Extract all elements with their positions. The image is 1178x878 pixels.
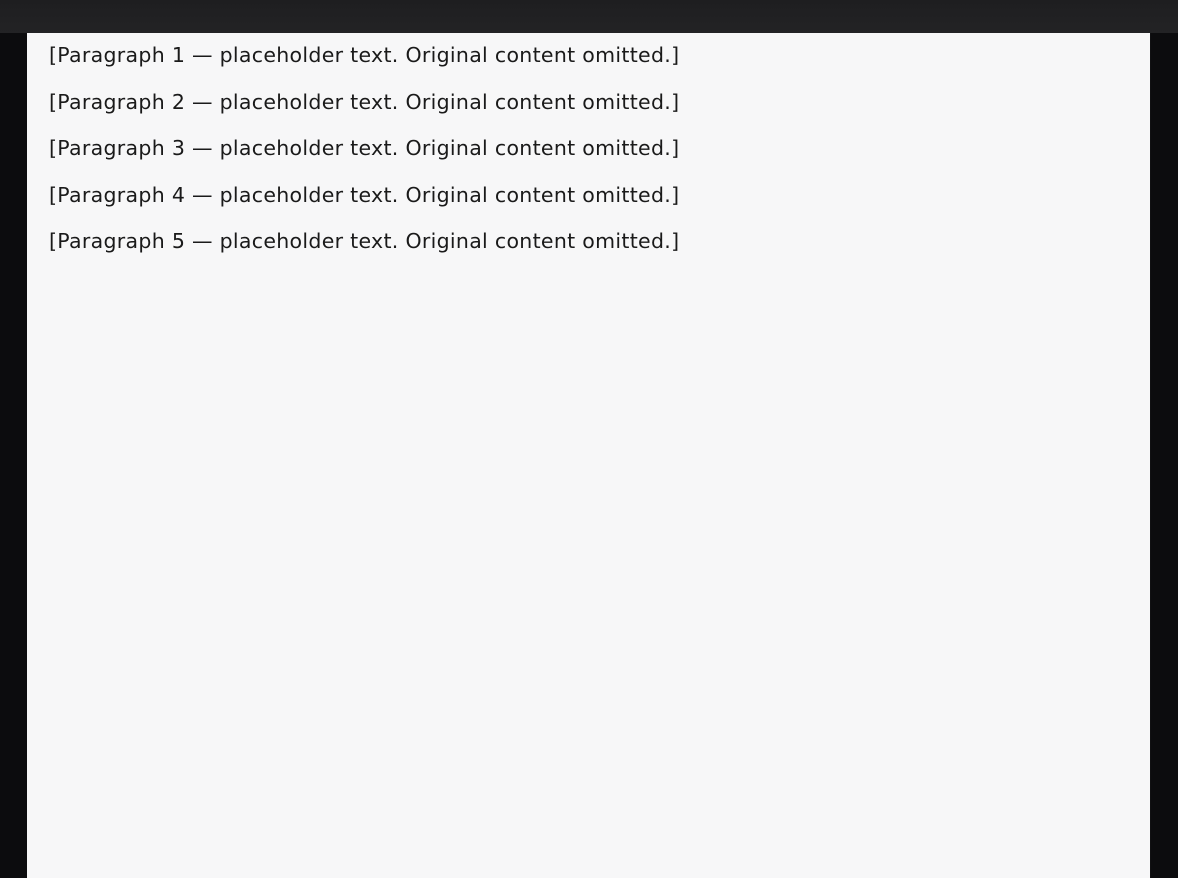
article-paragraph: [Paragraph 2 — placeholder text. Origina… xyxy=(49,86,1128,119)
top-bar xyxy=(0,0,1178,33)
left-margin xyxy=(0,33,27,878)
article-paragraph: [Paragraph 1 — placeholder text. Origina… xyxy=(49,39,1128,72)
article-content: [Paragraph 1 — placeholder text. Origina… xyxy=(27,33,1150,878)
article-paragraph: [Paragraph 4 — placeholder text. Origina… xyxy=(49,179,1128,212)
article-paragraph: [Paragraph 5 — placeholder text. Origina… xyxy=(49,225,1128,258)
article-paragraph: [Paragraph 3 — placeholder text. Origina… xyxy=(49,132,1128,165)
right-margin xyxy=(1151,33,1178,878)
